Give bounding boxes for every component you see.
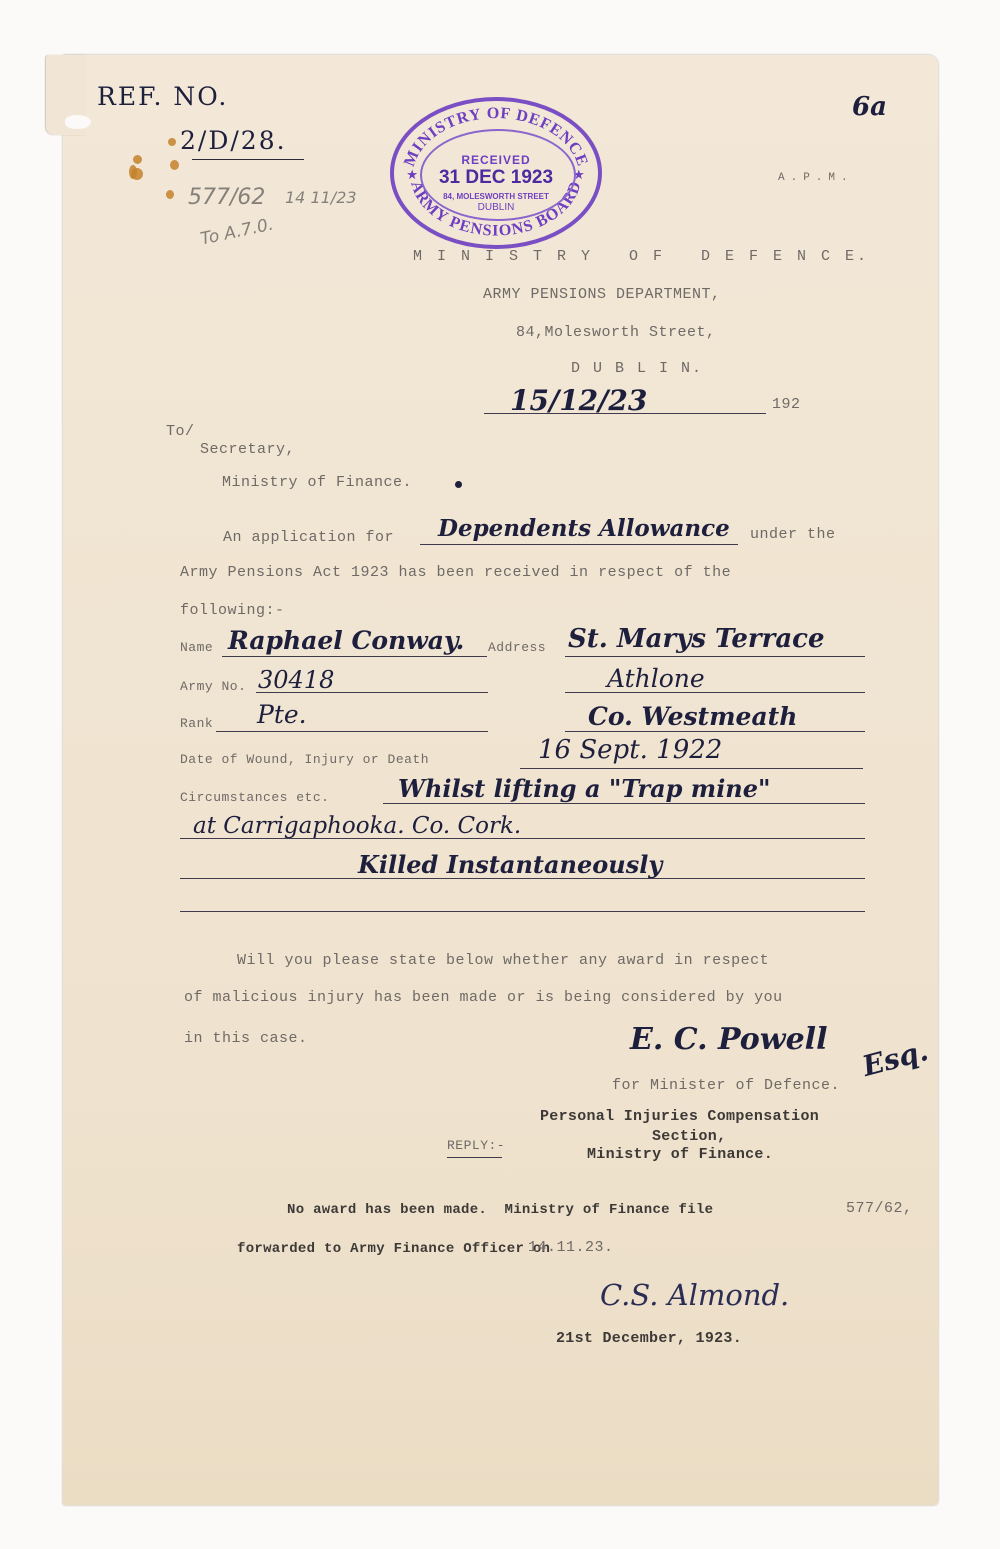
circumstances-rule-4 bbox=[180, 911, 865, 912]
reply-section-line3: Ministry of Finance. bbox=[587, 1146, 773, 1163]
pencil-date: 14 11/23 bbox=[285, 188, 357, 207]
stamp-city: DUBLIN bbox=[394, 202, 598, 213]
address-line-3: Co. Westmeath bbox=[588, 702, 797, 731]
request-line3: in this case. bbox=[184, 1030, 308, 1047]
letterhead-street: 84,Molesworth Street, bbox=[516, 324, 716, 341]
date-line bbox=[484, 413, 766, 414]
request-line1: Will you please state below whether any … bbox=[237, 952, 769, 969]
application-type: Dependents Allowance bbox=[438, 515, 730, 542]
address-label: Address bbox=[488, 640, 546, 655]
reply-label: REPLY:- bbox=[447, 1138, 505, 1153]
ref-label: REF. NO. bbox=[97, 82, 228, 111]
date-value: 16 Sept. 1922 bbox=[538, 735, 722, 765]
intro-before: An application for bbox=[223, 529, 394, 546]
signature-almond: C.S. Almond. bbox=[600, 1278, 789, 1312]
circumstances-rule-2 bbox=[180, 838, 865, 839]
reply-text-line1: No award has been made. Ministry of Fina… bbox=[287, 1202, 713, 1218]
folio-number: 6a bbox=[852, 92, 887, 122]
intro-after: under the bbox=[750, 526, 836, 543]
letterhead-ministry: M I N I S T R Y O F D E F E N C E. bbox=[413, 248, 869, 265]
rust-stain bbox=[170, 160, 179, 170]
reply-section-line2: Section, bbox=[652, 1128, 726, 1145]
addressee-title: Secretary, bbox=[200, 441, 295, 458]
ref-underline bbox=[192, 159, 304, 160]
rust-stain bbox=[131, 168, 143, 180]
corner-code: A.P.M. bbox=[778, 172, 854, 184]
rust-stain bbox=[168, 138, 176, 146]
signature-role: for Minister of Defence. bbox=[612, 1077, 840, 1094]
name-line bbox=[222, 656, 487, 657]
application-type-line bbox=[420, 544, 738, 545]
army-no-line bbox=[256, 692, 488, 693]
date-value-line bbox=[520, 768, 863, 769]
rust-stain bbox=[166, 190, 174, 199]
body-line3: following:- bbox=[180, 602, 285, 619]
rust-stain bbox=[133, 155, 142, 164]
name-value: Raphael Conway. bbox=[228, 626, 464, 655]
reply-text-line2: forwarded to Army Finance Officer on bbox=[237, 1241, 550, 1257]
name-label: Name bbox=[180, 640, 213, 655]
to-label: To/ bbox=[166, 423, 195, 440]
circumstances-line-2: at Carrigaphooka. Co. Cork. bbox=[193, 813, 521, 839]
pencil-file-number: 577/62 bbox=[188, 185, 265, 210]
letterhead-department: ARMY PENSIONS DEPARTMENT, bbox=[483, 286, 721, 303]
circumstances-label: Circumstances etc. bbox=[180, 790, 329, 805]
stamp-date: 31 DEC 1923 bbox=[394, 167, 598, 189]
rank-label: Rank bbox=[180, 716, 213, 731]
signature-powell: E. C. Powell bbox=[630, 1022, 827, 1057]
reply-forward-date: 14.11.23. bbox=[528, 1239, 614, 1256]
punch-hole-tear bbox=[65, 115, 91, 129]
reply-file-number: 577/62, bbox=[846, 1200, 913, 1217]
addressee-dept: Ministry of Finance. bbox=[222, 474, 412, 491]
stamp-received: RECEIVED bbox=[394, 153, 598, 167]
ink-dot bbox=[455, 481, 462, 488]
reply-date: 21st December, 1923. bbox=[556, 1330, 742, 1347]
address-line-2: Athlone bbox=[607, 664, 705, 693]
address-line-1-rule bbox=[565, 656, 865, 657]
address-line-1: St. Marys Terrace bbox=[568, 624, 825, 654]
received-stamp: MINISTRY OF DEFENCE ARMY PENSIONS BOARD … bbox=[390, 97, 602, 249]
rank-line bbox=[216, 731, 488, 732]
body-line2: Army Pensions Act 1923 has been received… bbox=[180, 564, 731, 581]
army-no-label: Army No. bbox=[180, 679, 246, 694]
circumstances-line-1: Whilst lifting a "Trap mine" bbox=[398, 774, 771, 803]
reply-label-underline bbox=[447, 1157, 502, 1158]
rank-value: Pte. bbox=[257, 700, 307, 729]
circumstances-rule-1 bbox=[383, 803, 865, 804]
letterhead-city: D U B L I N. bbox=[571, 360, 703, 377]
circumstances-rule-3 bbox=[180, 878, 865, 879]
address-line-3-rule bbox=[565, 731, 865, 732]
army-no-value: 30418 bbox=[258, 666, 334, 694]
circumstances-line-3: Killed Instantaneously bbox=[358, 850, 662, 879]
date-label: Date of Wound, Injury or Death bbox=[180, 752, 429, 767]
reply-section-line1: Personal Injuries Compensation bbox=[540, 1108, 819, 1125]
year-prefix: 192 bbox=[772, 396, 801, 413]
request-line2: of malicious injury has been made or is … bbox=[184, 989, 783, 1006]
stamp-address: 84, MOLESWORTH STREET bbox=[394, 192, 598, 201]
ref-number: 2/D/28. bbox=[180, 126, 287, 155]
address-line-2-rule bbox=[565, 692, 865, 693]
